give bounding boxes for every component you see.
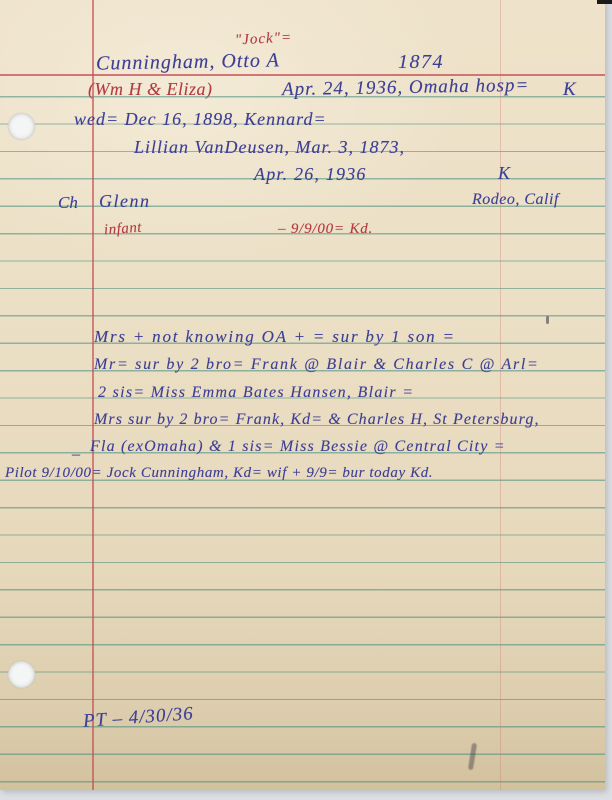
parents-annotation: (Wm H & Eliza) — [88, 80, 212, 100]
marriage-line: wed= Dec 16, 1898, Kennard= — [74, 110, 327, 130]
scanned-ledger-page: "Jock"= Cunningham, Otto A 1874 (Wm H & … — [0, 0, 612, 800]
source-mark-k1: K — [563, 80, 576, 101]
obit-note-line: Mrs + not knowing OA + = sur by 1 son = — [94, 328, 456, 347]
spouse-death-date: Apr. 26, 1936 — [254, 165, 367, 185]
children-label: Ch — [58, 194, 78, 213]
right-margin-line — [500, 0, 501, 790]
birth-year: 1874 — [398, 51, 444, 73]
nickname-annotation: "Jock"= — [235, 30, 293, 49]
child-infant-note: infant — [103, 220, 142, 239]
scan-corner-artifact — [597, 0, 612, 4]
obit-note-line: 2 sis= Miss Emma Bates Hansen, Blair = — [98, 384, 414, 402]
child-death-note: – 9/9/00= Kd. — [278, 221, 373, 238]
death-date-place: Apr. 24, 1936, Omaha hosp= — [282, 76, 530, 101]
obit-note-line: Pilot 9/10/00= Jock Cunningham, Kd= wif … — [5, 465, 433, 482]
obit-note-line: Mr= sur by 2 bro= Frank @ Blair & Charle… — [94, 356, 540, 374]
margin-dash: – — [72, 446, 80, 464]
surname-given-name: Cunningham, Otto A — [96, 49, 280, 74]
obit-note-line: Fla (exOmaha) & 1 sis= Miss Bessie @ Cen… — [90, 438, 506, 456]
punch-hole-bottom — [8, 661, 35, 688]
paper-sheet: "Jock"= Cunningham, Otto A 1874 (Wm H & … — [0, 0, 605, 790]
source-mark-k2: K — [498, 164, 510, 184]
spouse-line: Lillian VanDeusen, Mar. 3, 1873, — [134, 138, 405, 158]
ink-speck — [546, 316, 549, 324]
obit-note-line: Mrs sur by 2 bro= Frank, Kd= & Charles H… — [94, 411, 540, 429]
child-name: Glenn — [99, 192, 151, 212]
punch-hole-top — [8, 113, 35, 140]
residence: Rodeo, Calif — [472, 191, 559, 209]
